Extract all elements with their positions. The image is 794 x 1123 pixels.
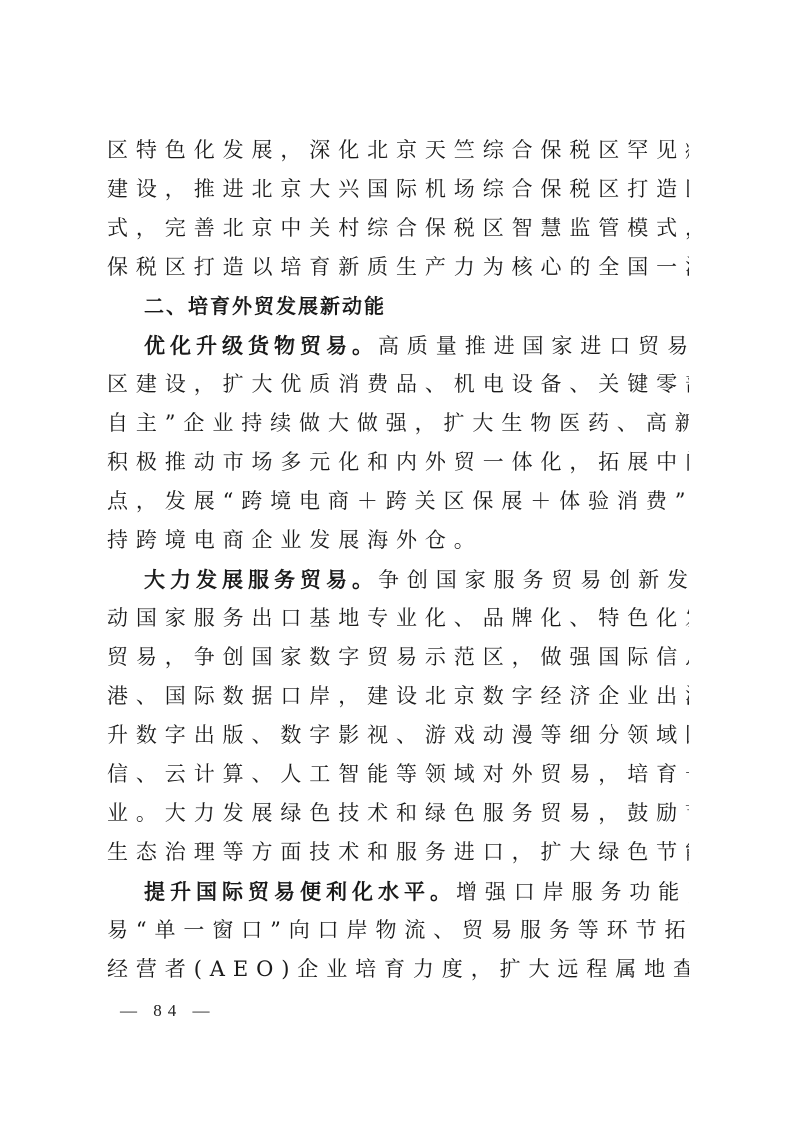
text-line: 动国家服务出口基地专业化、品牌化、特色化发展。创新发展数字 [107,599,689,638]
text-line: 区特色化发展，深化北京天竺综合保税区罕见病药品保障先行区 [107,131,689,170]
text-line: 港、国际数据口岸，建设北京数字经济企业出海创新服务基地，提 [107,677,689,716]
text-line: 自主”企业持续做大做强，扩大生物医药、高新技术等产品出口。 [107,404,689,443]
text-line: 区建设，扩大优质消费品、机电设备、关键零部件等进口。支持“双 [107,365,689,404]
text-line: 贸易，争创国家数字贸易示范区，做强国际信息产业和数字贸易 [107,638,689,677]
document-body: 区特色化发展，深化北京天竺综合保税区罕见病药品保障先行区 建设，推进北京大兴国际… [107,131,689,989]
text-line: 易“单一窗口”向口岸物流、贸易服务等环节拓展。加大经认证的 [107,911,689,950]
text-line: 生态治理等方面技术和服务进口，扩大绿色节能技术和服务出口。 [107,833,689,872]
section-heading: 二、培育外贸发展新动能 [107,287,689,326]
text-line: 升数字出版、数字影视、游戏动漫等细分领域国际竞争力，扩大通 [107,716,689,755]
text-line: 积极推动市场多元化和内外贸一体化，拓展中间品贸易等新增长 [107,443,689,482]
text-line: 点，发展“跨境电商＋跨关区保展＋体验消费”等新业态新模式，支 [107,482,689,521]
text-line: 保税区打造以培育新质生产力为核心的全国一流综合保税区。 [107,248,689,287]
text-line: 持跨境电商企业发展海外仓。 [107,521,689,560]
paragraph-lead: 提升国际贸易便利化水平。 [144,879,456,904]
page-number: — 84 — [120,1001,216,1021]
paragraph-text: 争创国家服务贸易创新发展示范区，推 [378,568,689,592]
text-line: 经营者(AEO)企业培育力度，扩大远程属地查检试点应用范围。 [107,950,689,989]
paragraph-lead: 优化升级货物贸易。 [144,333,378,358]
text-line: 业。大力发展绿色技术和绿色服务贸易，鼓励节能降碳、环境保护、 [107,794,689,833]
text-line: 建设，推进北京大兴国际机场综合保税区打造区港一体化通关模 [107,170,689,209]
paragraph-lead: 大力发展服务贸易。 [144,567,378,592]
paragraph-first-line: 大力发展服务贸易。争创国家服务贸易创新发展示范区，推 [107,560,689,599]
paragraph-first-line: 提升国际贸易便利化水平。增强口岸服务功能，推动国际贸 [107,872,689,911]
text-line: 式，完善北京中关村综合保税区智慧监管模式，支持北京亦庄综合 [107,209,689,248]
paragraph-text: 高质量推进国家进口贸易促进创新示范 [378,334,689,358]
text-line: 信、云计算、人工智能等领域对外贸易，培育一批数字贸易领军企 [107,755,689,794]
paragraph-first-line: 优化升级货物贸易。高质量推进国家进口贸易促进创新示范 [107,326,689,365]
paragraph-text: 增强口岸服务功能，推动国际贸 [456,880,689,904]
